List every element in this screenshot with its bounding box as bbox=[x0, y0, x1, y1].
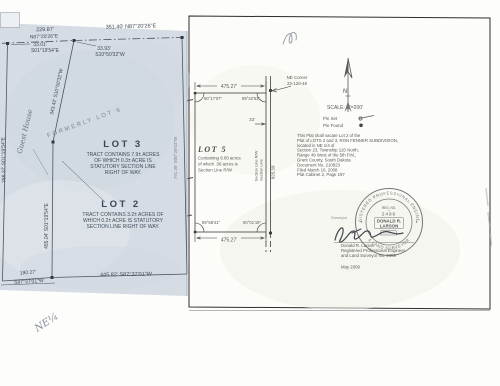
dim-west-line: 788.37' S01°19'54"E bbox=[1, 136, 8, 182]
legend-pin-found-label: Pin Found bbox=[323, 123, 344, 128]
date-note: May 2009 bbox=[341, 265, 360, 270]
seal-reg-number: 2499 bbox=[382, 212, 396, 217]
pin-found-marker bbox=[269, 231, 272, 234]
angle-se: 90°01'19" bbox=[243, 220, 261, 225]
ne-quarter-note: NE¼ bbox=[32, 311, 60, 335]
plat-drawing: 229.87' N87°20'26"E 351.40' N87°20'26"E … bbox=[0, 0, 500, 386]
lot5-title: LOT 5 bbox=[197, 145, 227, 154]
dim-lot5-east: 825.39' bbox=[271, 165, 276, 179]
scan-texture bbox=[220, 190, 460, 310]
corner-tab bbox=[1, 13, 20, 28]
pin-found-marker bbox=[51, 276, 54, 279]
lot3-title: LOT 3 bbox=[103, 139, 142, 150]
angle-ne: 89°42'53" bbox=[242, 96, 260, 101]
lot3-desc-line: RIGHT OF WAY. bbox=[105, 170, 142, 176]
description-line: Plat Cabinet 2, Page 197 bbox=[297, 172, 345, 177]
scale-label: SCALE: 1"=200' bbox=[327, 105, 363, 111]
pin-set-marker bbox=[194, 231, 197, 234]
dim-row-width: 33' bbox=[249, 117, 255, 122]
ne-corner-label: 23-120-49 bbox=[287, 81, 308, 86]
angle-nw: 90°17'07" bbox=[204, 96, 222, 101]
section-line-label: Section Line bbox=[259, 158, 264, 181]
lot5-desc-line: of which .36 acres is bbox=[198, 162, 239, 167]
north-letter: N bbox=[343, 88, 348, 95]
pin-found-marker bbox=[73, 39, 76, 42]
bearing-offset-west: S01°19'54"E bbox=[31, 48, 60, 54]
lot5-desc-line: Containing 9.00 acres bbox=[198, 156, 242, 161]
legend-pin-set-label: Pin Set bbox=[323, 116, 338, 121]
attribution-line: and Land Surveyor No. 2459 bbox=[341, 253, 397, 258]
bearing-top-west: N87°20'26"E bbox=[30, 33, 59, 40]
seal-separator-dot bbox=[361, 221, 362, 222]
pin-found-marker bbox=[181, 36, 184, 39]
dim-bottom-west: 190.27' bbox=[20, 269, 37, 276]
pin-set-marker bbox=[194, 92, 197, 95]
ne-corner-label: NE Corner bbox=[287, 75, 308, 80]
surveyor-signature-label: Surveyor bbox=[331, 215, 348, 220]
lot5-desc-line: Section Line R/W bbox=[198, 168, 233, 173]
plat-scan-document: 229.87' N87°20'26"E 351.40' N87°20'26"E … bbox=[0, 0, 500, 386]
pin-found-symbol bbox=[359, 124, 363, 128]
dim-middle-line: 455.04' S01°19'54"E bbox=[44, 202, 50, 248]
dim-top-west: 229.87' bbox=[36, 27, 54, 34]
dim-bottom-east: 445.82' S87°37'01"W bbox=[100, 272, 153, 279]
dim-east-line: 791.38' S00°26'03"W bbox=[173, 136, 178, 179]
pin-found-marker bbox=[269, 89, 272, 92]
bearing-offset-east: S10°50'32"W bbox=[95, 52, 125, 58]
dim-lot5-top: 475.27' bbox=[221, 84, 237, 90]
pin-found-marker bbox=[6, 42, 9, 45]
seal-reg-label: REG. NO. bbox=[382, 206, 396, 210]
angle-sw: 89°58'41" bbox=[202, 220, 220, 225]
lot2-desc-line: SECTION LINE RIGHT OF WAY. bbox=[87, 224, 160, 230]
seal-separator-dot bbox=[416, 221, 417, 222]
lot2-title: LOT 2 bbox=[101, 199, 140, 210]
dim-lot5-bottom: 475.27' bbox=[221, 238, 237, 244]
seal-name-line2: LARSON bbox=[380, 224, 399, 229]
pin-found-marker bbox=[52, 141, 55, 144]
